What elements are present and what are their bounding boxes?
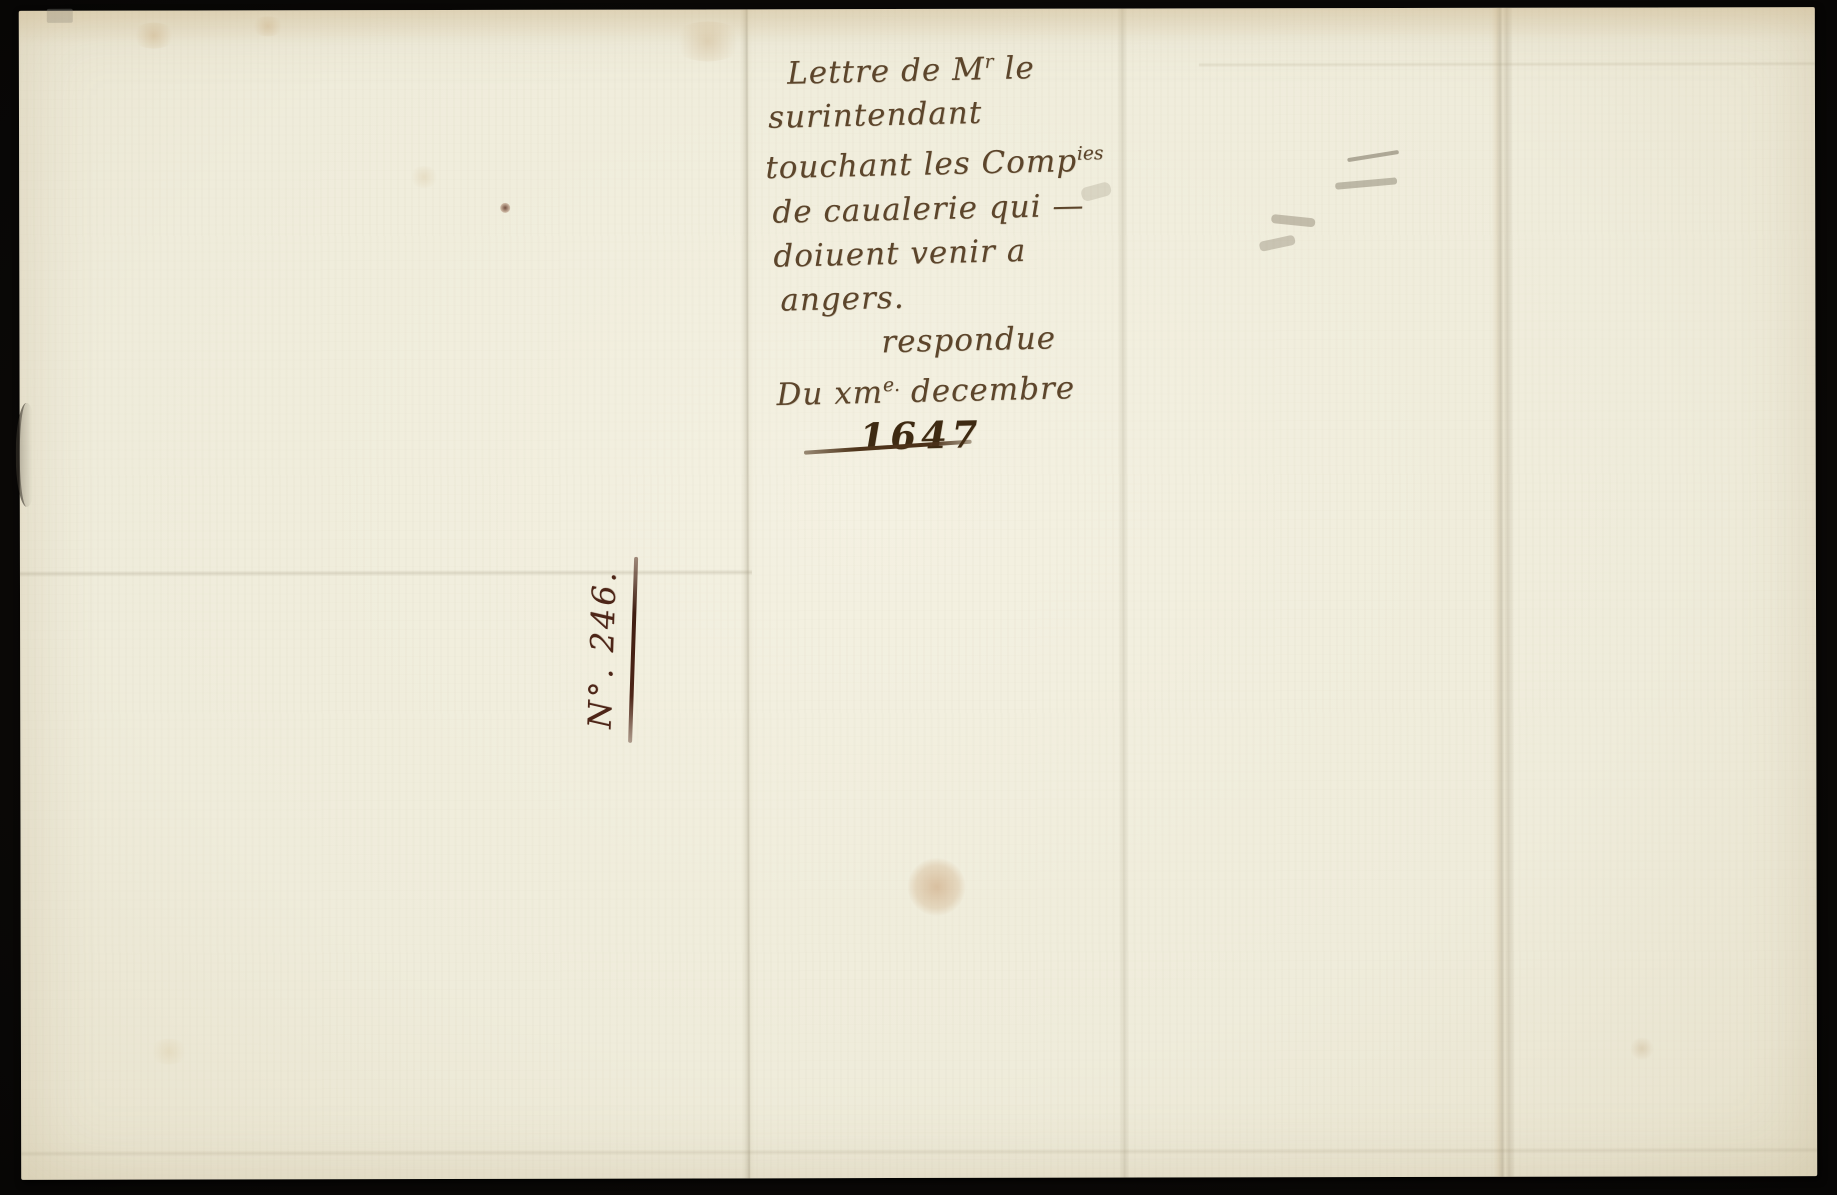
archival-number: N°. 246. [580, 548, 671, 751]
ink-smudge-1 [1347, 150, 1399, 162]
scanned-manuscript: Lettre de Mr le surintendant touchant le… [0, 0, 1837, 1195]
horizontal-crease-topright [1199, 61, 1815, 67]
ink-smudge-2 [1335, 177, 1397, 190]
archival-number-underline [628, 557, 638, 743]
ink-smudge-3 [1271, 214, 1316, 227]
archival-number-text: N°. 246. [580, 548, 625, 749]
docket-annotation: Lettre de Mr le surintendant touchant le… [763, 36, 1213, 464]
foxing-spot-topleft-1 [131, 23, 177, 49]
foxing-spot-topleft-2 [251, 16, 285, 36]
foxing-spot-right [1629, 1037, 1655, 1059]
binding-curl [16, 403, 38, 507]
paper-sheet: Lettre de Mr le surintendant touchant le… [19, 7, 1817, 1180]
foxing-spot-bottomleft [149, 1039, 189, 1065]
horizontal-crease-bottom [21, 1147, 1817, 1157]
foxing-spot-left-mid [409, 166, 439, 188]
red-ink-dot [500, 203, 510, 213]
foxing-spot-near-fold [671, 21, 745, 61]
edge-watermark-sliver [47, 9, 73, 23]
fold-crease-right [1491, 8, 1515, 1177]
round-ink-stain [908, 858, 966, 916]
ink-smudge-4 [1259, 235, 1296, 252]
fold-crease-left [741, 9, 755, 1178]
